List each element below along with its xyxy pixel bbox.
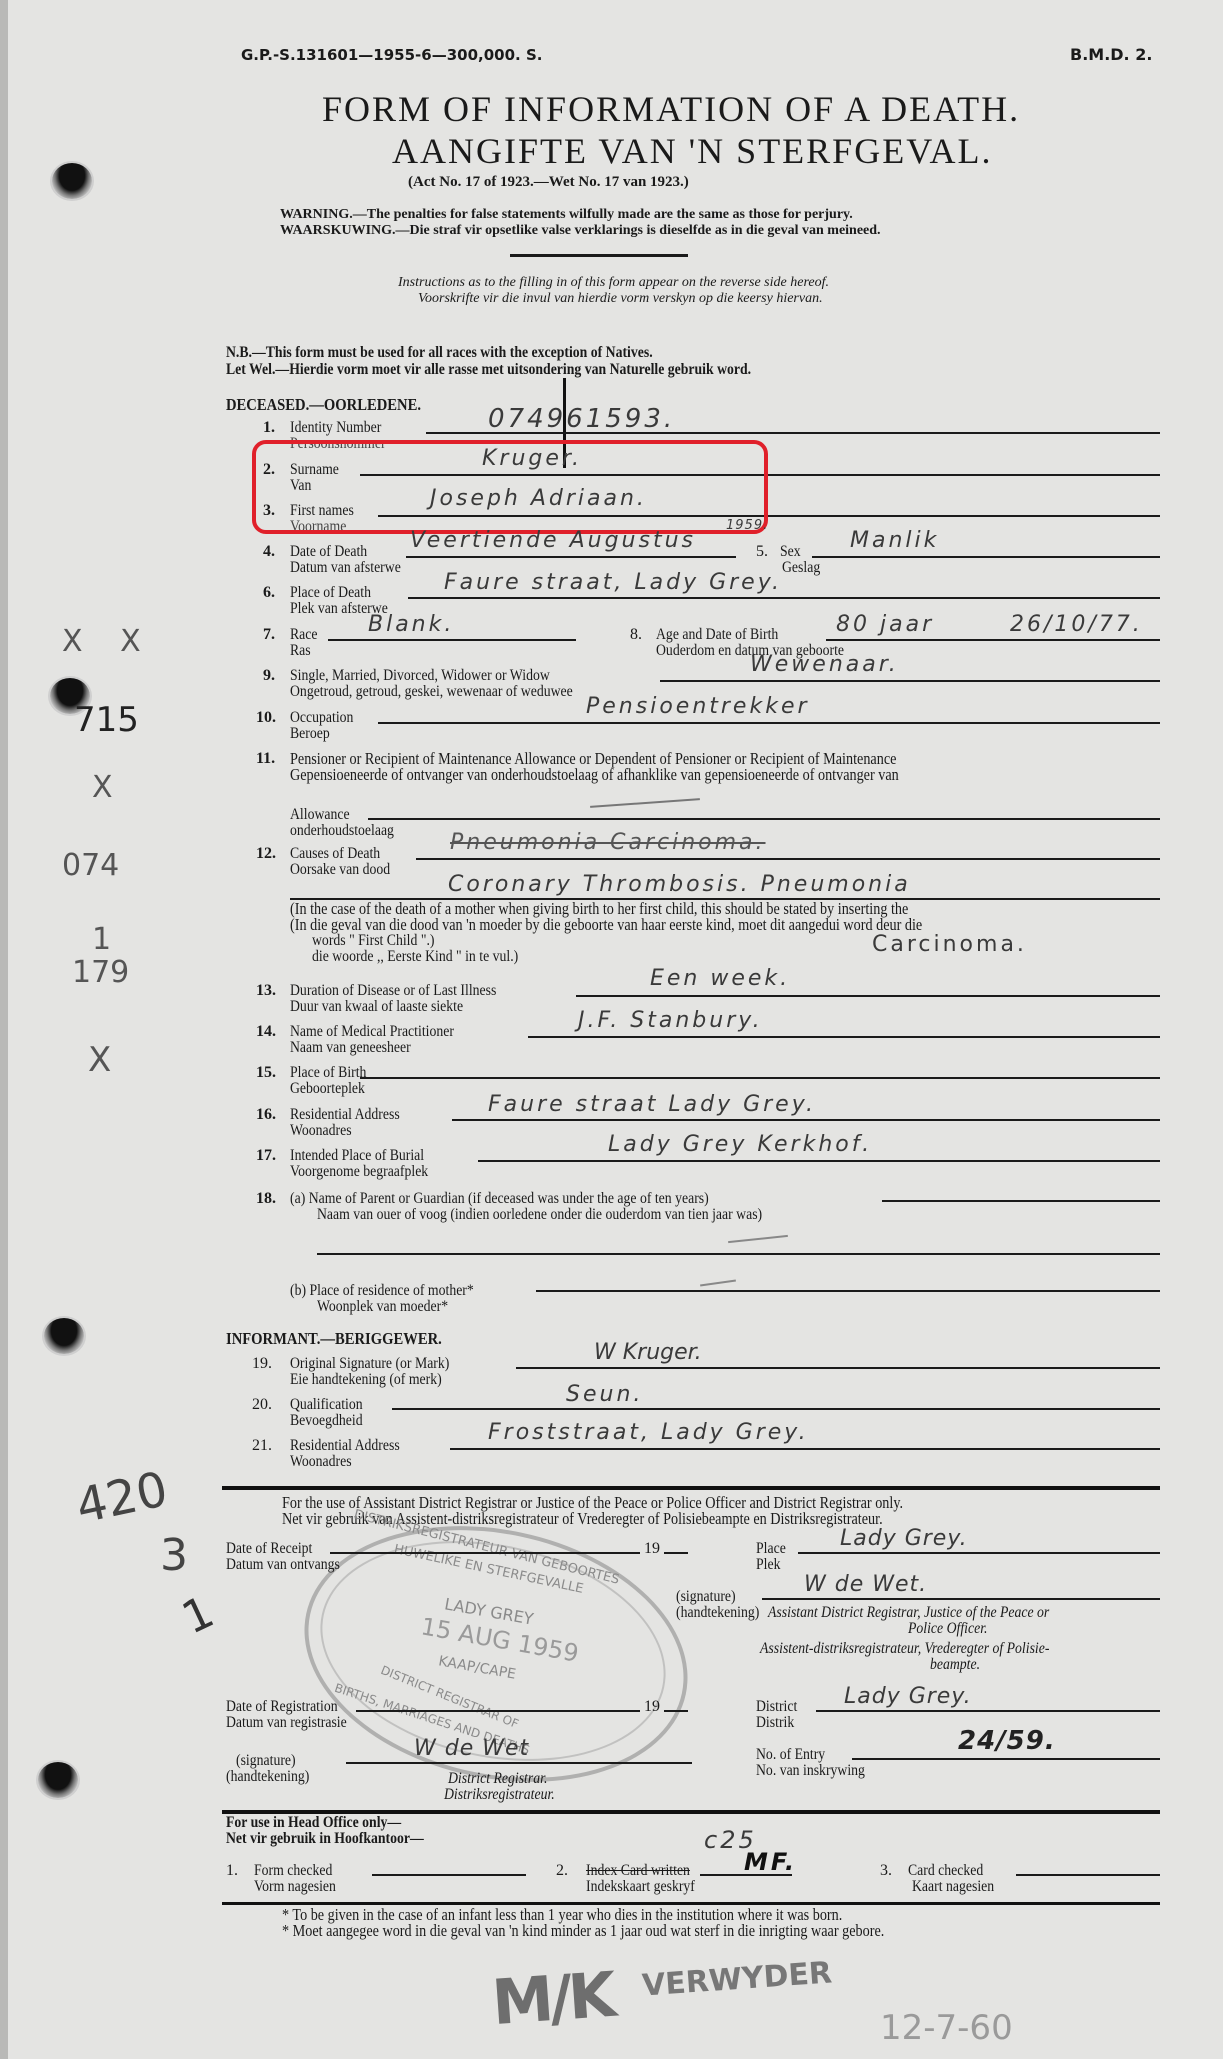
field-line bbox=[406, 556, 736, 558]
field-label-af: Woonadres bbox=[290, 1453, 352, 1471]
deceased-heading: DECEASED.—OORLEDENE. bbox=[226, 396, 421, 414]
cause-of-death-value-2[interactable]: Carcinoma. bbox=[872, 932, 1027, 957]
highlight-box bbox=[252, 440, 768, 534]
form-code: B.M.D. 2. bbox=[1070, 46, 1152, 64]
field-number: 5. bbox=[756, 543, 768, 561]
field-number: 19. bbox=[252, 1355, 272, 1373]
field-label-af: Woonadres bbox=[290, 1122, 352, 1140]
margin-note: 715 bbox=[74, 700, 139, 740]
field-line bbox=[368, 818, 1160, 820]
year-prefix: 19 bbox=[644, 1698, 660, 1716]
occupation-value[interactable]: Pensioentrekker bbox=[586, 694, 810, 719]
place-of-death-value[interactable]: Faure straat, Lady Grey. bbox=[444, 570, 782, 595]
date-receipt-label-af: Datum van ontvangs bbox=[226, 1556, 340, 1574]
form-checked-label-af: Vorm nagesien bbox=[254, 1878, 336, 1896]
district-registrar-title-af: Distriksregistrateur. bbox=[444, 1786, 555, 1804]
marital-status-value[interactable]: Wewenaar. bbox=[750, 652, 899, 677]
act-reference: (Act No. 17 of 1923.—Wet No. 17 van 1923… bbox=[408, 173, 689, 191]
footnote-af: * Moet aangegee word in die geval van 'n… bbox=[282, 1922, 884, 1940]
field-number: 17. bbox=[256, 1147, 276, 1165]
field-number: 7. bbox=[263, 626, 275, 644]
cause-of-death-value[interactable]: Coronary Thrombosis. Pneumonia bbox=[448, 872, 911, 897]
residential-address-value[interactable]: Faure straat Lady Grey. bbox=[488, 1092, 816, 1117]
field-number: 1. bbox=[226, 1862, 238, 1880]
field-number: 2. bbox=[556, 1862, 568, 1880]
district-value[interactable]: Lady Grey. bbox=[844, 1684, 972, 1709]
year-prefix: 19 bbox=[644, 1540, 660, 1558]
margin-note: 420 bbox=[71, 1461, 172, 1535]
field-number: 16. bbox=[256, 1106, 276, 1124]
pencil-dash bbox=[590, 798, 700, 808]
removal-date: 12-7-60 bbox=[880, 2008, 1013, 2048]
race-value[interactable]: Blank. bbox=[368, 612, 454, 637]
field-line bbox=[664, 1710, 688, 1712]
field-label-af: Datum van afsterwe bbox=[290, 559, 401, 577]
field-number: 10. bbox=[256, 709, 276, 727]
entry-number-value[interactable]: 24/59. bbox=[958, 1726, 1056, 1756]
informant-address-value[interactable]: Froststraat, Lady Grey. bbox=[488, 1420, 809, 1445]
field-line bbox=[812, 556, 1160, 558]
district-registrar-signature-value[interactable]: W de Wet bbox=[414, 1736, 529, 1761]
field-number: 4. bbox=[263, 543, 275, 561]
head-office-heading-af: Net vir gebruik in Hoofkantoor— bbox=[226, 1830, 424, 1848]
divider bbox=[510, 254, 688, 257]
field-line bbox=[392, 1408, 1160, 1410]
assistant-title: Police Officer. bbox=[908, 1620, 987, 1638]
field-label-af: Naam van geneesheer bbox=[290, 1039, 411, 1057]
field-line bbox=[516, 1367, 1160, 1369]
assistant-title-af: beampte. bbox=[930, 1656, 980, 1674]
field-line bbox=[536, 1290, 1160, 1292]
field-label-af: Ras bbox=[290, 642, 311, 660]
informant-signature-value[interactable]: W Kruger. bbox=[594, 1340, 702, 1365]
field-number: 20. bbox=[252, 1396, 272, 1414]
field-number: 3. bbox=[880, 1862, 892, 1880]
margin-note: 3 bbox=[160, 1530, 188, 1581]
index-card-label-af: Indekskaart geskryf bbox=[586, 1878, 695, 1896]
district-label-af: Distrik bbox=[756, 1714, 794, 1732]
field-line bbox=[660, 680, 1160, 682]
field-line bbox=[576, 995, 1160, 997]
margin-note: 1 bbox=[92, 922, 111, 957]
pencil-dash bbox=[700, 1280, 736, 1287]
duration-value[interactable]: Een week. bbox=[650, 966, 790, 991]
field-number: 18. bbox=[256, 1190, 276, 1208]
warning-af: WAARSKUWING.—Die straf vir opsetlike val… bbox=[280, 222, 881, 240]
death-year-value[interactable]: 1959. bbox=[726, 518, 768, 533]
instructions-af: Voorskrifte vir die invul van hierdie vo… bbox=[418, 290, 823, 308]
field-line bbox=[408, 597, 1160, 599]
date-of-death-value[interactable]: Veertiende Augustus bbox=[410, 528, 696, 553]
field-line bbox=[378, 722, 1160, 724]
field-line bbox=[762, 1598, 1160, 1600]
field-number: 11. bbox=[256, 750, 275, 768]
field-number: 13. bbox=[256, 982, 276, 1000]
sex-value[interactable]: Manlik bbox=[850, 528, 939, 553]
margin-note: X bbox=[88, 1040, 111, 1080]
place-value[interactable]: Lady Grey. bbox=[840, 1526, 968, 1551]
field-line bbox=[528, 1036, 1160, 1038]
informant-heading: INFORMANT.—BERIGGEWER. bbox=[226, 1330, 442, 1348]
field-line bbox=[478, 1160, 1160, 1162]
section-divider bbox=[222, 1486, 1160, 1490]
field-label-af: Woonplek van moeder* bbox=[317, 1298, 448, 1316]
pencil-dash bbox=[728, 1235, 788, 1243]
identity-number-value[interactable]: 074961593. bbox=[488, 404, 675, 434]
field-line bbox=[330, 1552, 640, 1554]
medical-practitioner-value[interactable]: J.F. Stanbury. bbox=[578, 1008, 763, 1033]
cause-of-death-struck[interactable]: Pneumonia Carcinoma. bbox=[450, 830, 766, 855]
scan-edge bbox=[0, 0, 8, 2059]
field-label-af: Geslag bbox=[782, 559, 820, 577]
field-line bbox=[664, 1552, 688, 1554]
field-number: 21. bbox=[252, 1437, 272, 1455]
mk-stamp: M/K bbox=[490, 1958, 615, 2039]
entry-label-af: No. van inskrywing bbox=[756, 1762, 865, 1780]
note-af: Let Wel.—Hierdie vorm moet vir alle rass… bbox=[226, 361, 751, 379]
field-line bbox=[450, 1448, 1160, 1450]
margin-note: X bbox=[92, 770, 113, 805]
first-child-note: die woorde ,, Eerste Kind " in te vul.) bbox=[312, 948, 518, 966]
margin-note: 074 bbox=[62, 848, 119, 883]
field-number: 9. bbox=[263, 667, 275, 685]
field-line bbox=[798, 1552, 1160, 1554]
qualification-value[interactable]: Seun. bbox=[566, 1382, 643, 1407]
signature-label-af: (handtekening) bbox=[676, 1604, 759, 1622]
punch-hole bbox=[38, 1762, 78, 1798]
margin-note: 179 bbox=[72, 955, 129, 990]
field-number: 15. bbox=[256, 1064, 276, 1082]
date-of-birth-value[interactable]: 26/10/77. bbox=[1010, 612, 1143, 637]
field-line bbox=[372, 1874, 526, 1876]
field-number: 12. bbox=[256, 845, 276, 863]
assistant-title-af: Assistent-distriksregistrateur, Vredereg… bbox=[760, 1640, 1049, 1658]
field-line bbox=[852, 1758, 1160, 1760]
punch-hole bbox=[52, 163, 92, 199]
index-card-value[interactable]: MF. bbox=[744, 1848, 797, 1876]
note-en: N.B.—This form must be used for all race… bbox=[226, 344, 653, 362]
field-label-af: Voorgenome begraafplek bbox=[290, 1163, 428, 1181]
date-registration-label-af: Datum van registrasie bbox=[226, 1714, 347, 1732]
place-label-af: Plek bbox=[756, 1556, 780, 1574]
field-label-af: Eie handtekening (of merk) bbox=[290, 1371, 442, 1389]
field-number: 8. bbox=[630, 626, 642, 644]
age-value[interactable]: 80 jaar bbox=[836, 612, 934, 637]
assistant-signature-value[interactable]: W de Wet. bbox=[804, 1572, 927, 1597]
field-label-af: Gepensioeneerde of ontvanger van onderho… bbox=[290, 766, 899, 784]
field-label-af: Naam van ouer of voog (indien oorledene … bbox=[317, 1206, 762, 1224]
punch-hole bbox=[44, 1318, 84, 1354]
form-title-af: AANGIFTE VAN 'N STERFGEVAL. bbox=[392, 130, 993, 172]
field-label-af: Duur van kwaal of laaste siekte bbox=[290, 998, 463, 1016]
print-code: G.P.-S.131601—1955-6—300,000. S. bbox=[241, 46, 542, 64]
field-line bbox=[346, 1762, 692, 1764]
signature-label-af: (handtekening) bbox=[226, 1768, 309, 1786]
field-line bbox=[826, 639, 1160, 641]
field-number: 14. bbox=[256, 1023, 276, 1041]
field-line bbox=[816, 1710, 1160, 1712]
card-checked-label-af: Kaart nagesien bbox=[912, 1878, 994, 1896]
field-label-af: Ongetroud, getroud, geskei, wewenaar of … bbox=[290, 683, 573, 701]
field-number: 1. bbox=[263, 419, 275, 437]
field-line bbox=[416, 858, 1160, 860]
verwyder-stamp: VERWYDER bbox=[641, 1955, 833, 2003]
margin-note: 1 bbox=[175, 1586, 222, 1644]
field-label-af: Bevoegdheid bbox=[290, 1412, 363, 1430]
field-line bbox=[452, 1119, 1160, 1121]
field-line bbox=[356, 1710, 640, 1712]
form-title-en: FORM OF INFORMATION OF A DEATH. bbox=[322, 88, 1020, 130]
field-line bbox=[882, 1200, 1160, 1202]
field-line bbox=[360, 1077, 1160, 1079]
field-label-af: onderhoudstoelaag bbox=[290, 822, 394, 840]
field-number: 6. bbox=[263, 584, 275, 602]
burial-place-value[interactable]: Lady Grey Kerkhof. bbox=[608, 1132, 872, 1157]
field-label-af: Oorsake van dood bbox=[290, 861, 390, 879]
field-label-af: Beroep bbox=[290, 725, 330, 743]
field-line bbox=[1016, 1874, 1160, 1876]
margin-note: X X bbox=[62, 624, 155, 659]
field-label-af: Geboorteplek bbox=[290, 1080, 365, 1098]
field-line bbox=[317, 1253, 1160, 1255]
field-line bbox=[328, 639, 576, 641]
